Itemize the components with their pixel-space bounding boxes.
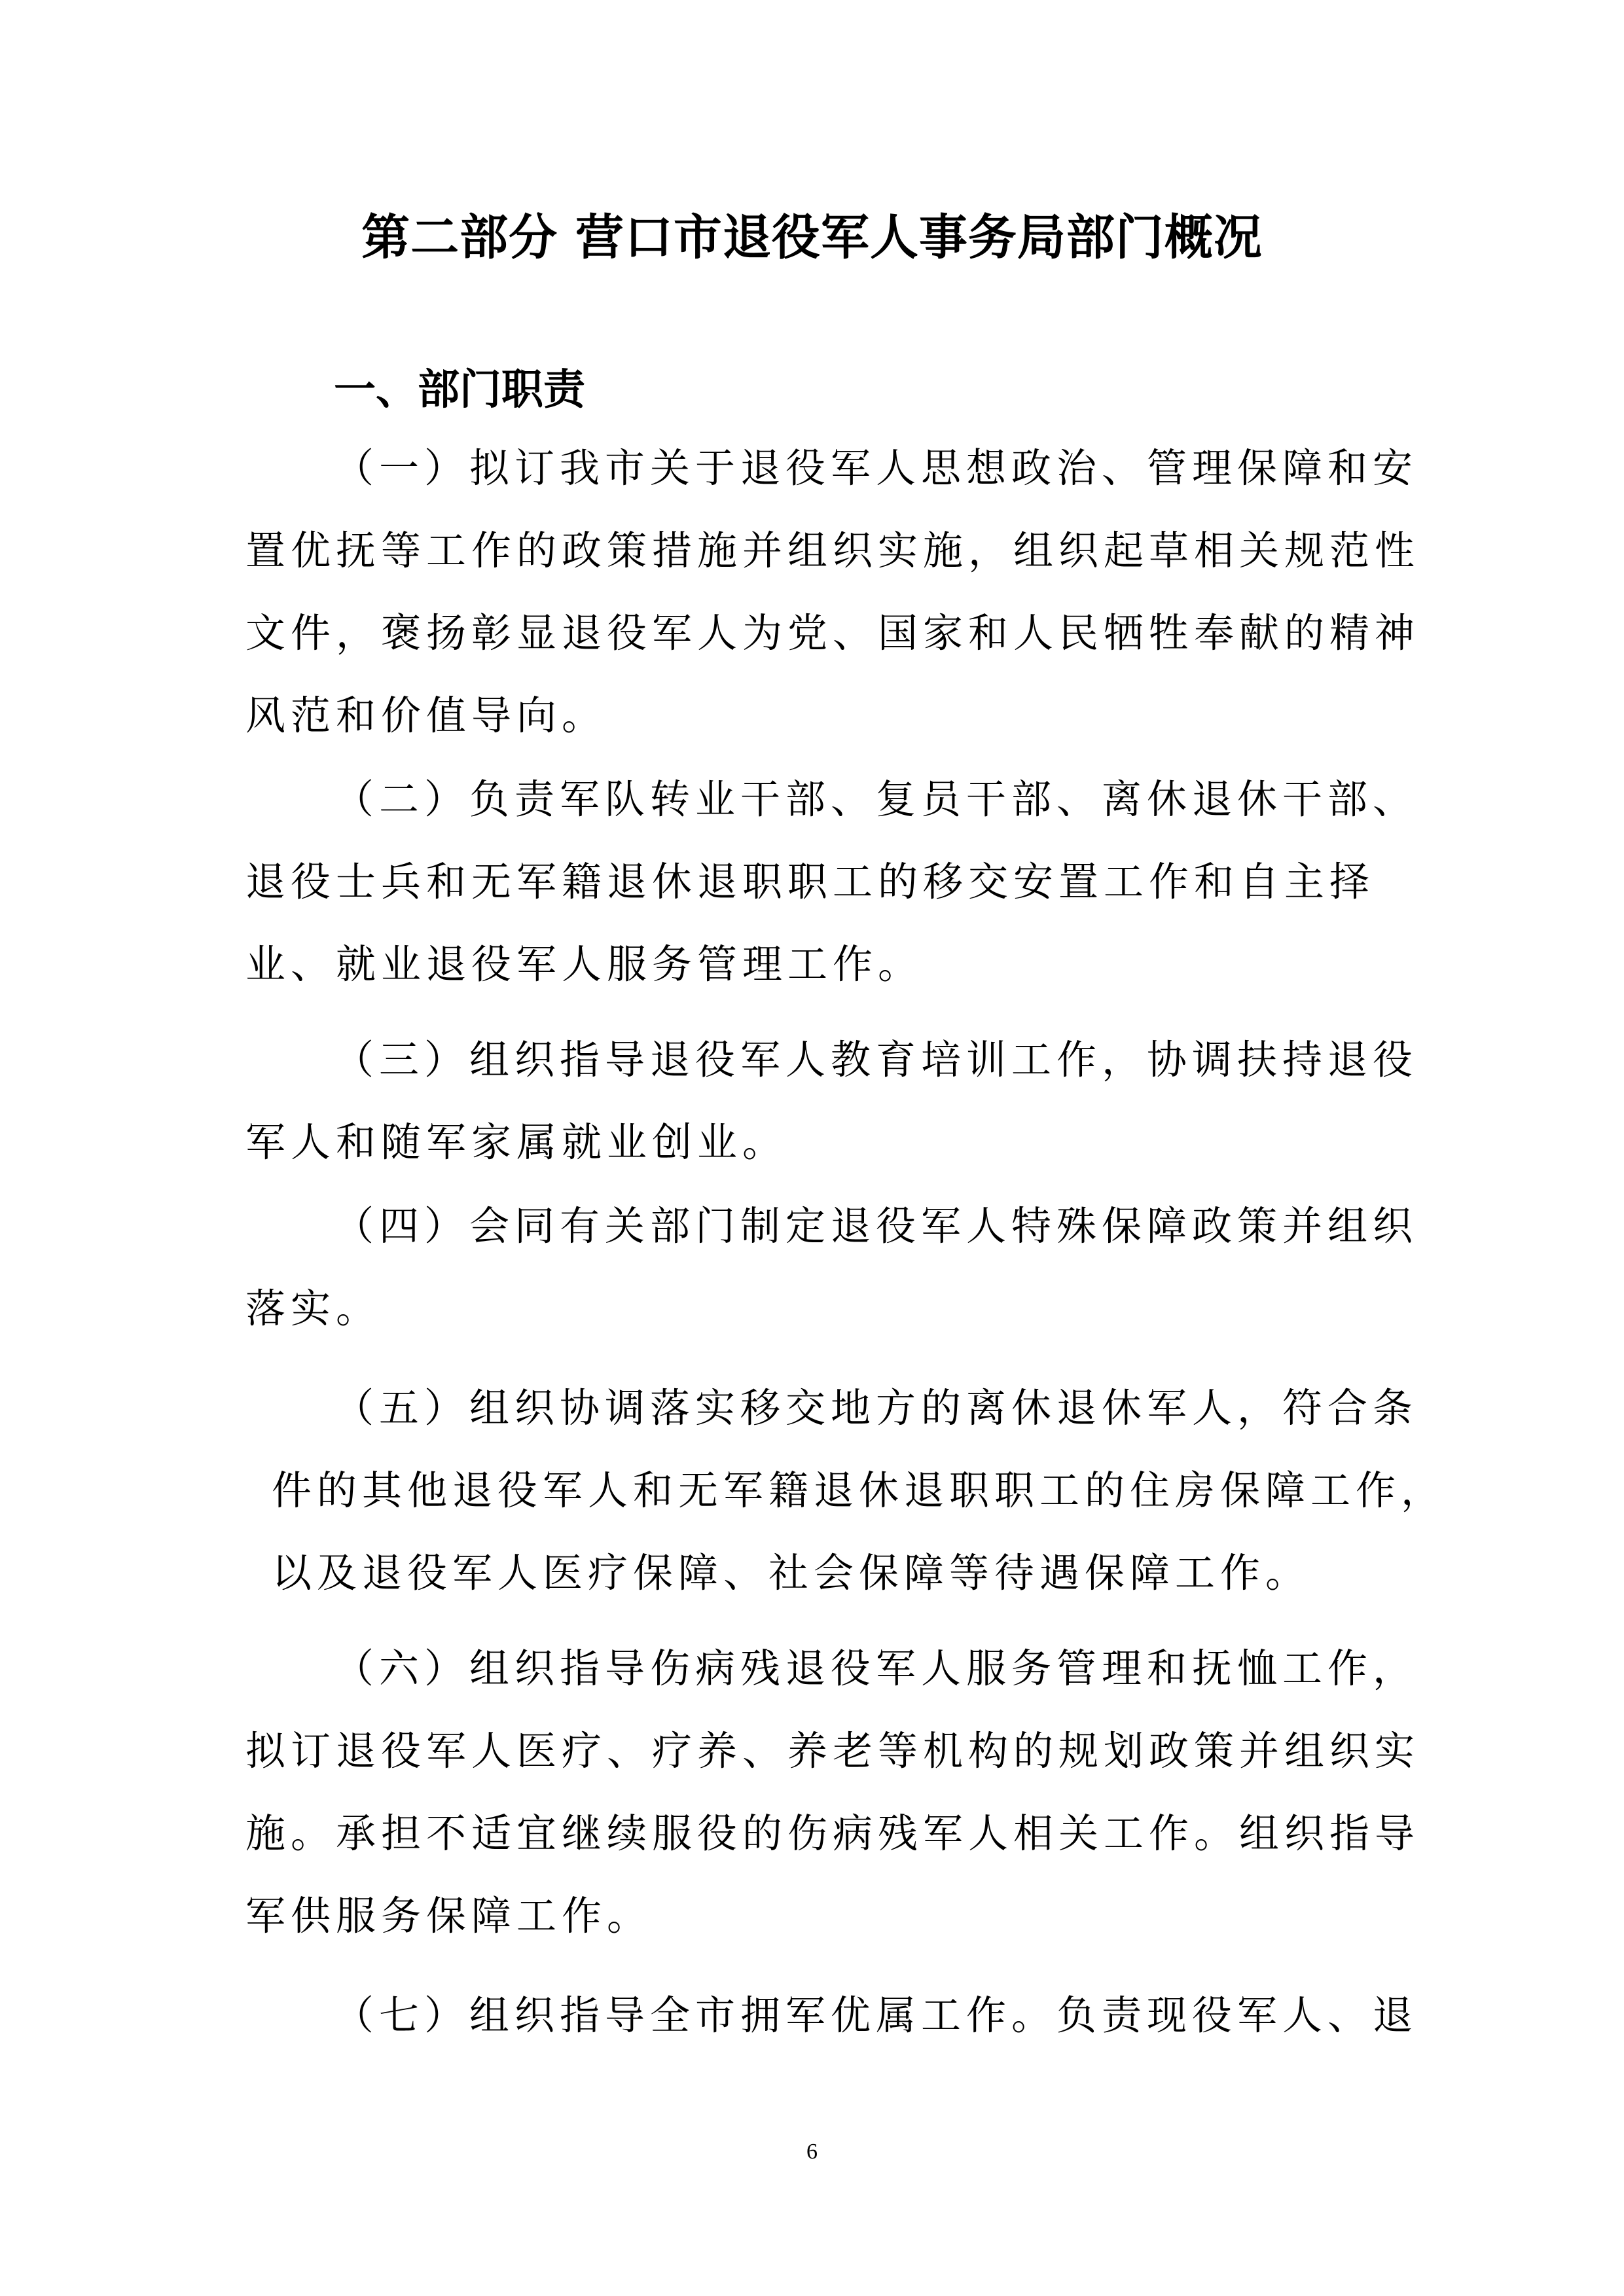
paragraph-line: 置优抚等工作的政策措施并组织实施，组织起草相关规范性 xyxy=(245,525,1371,577)
paragraph-line: 以及退役军人医疗保障、社会保障等待遇保障工作。 xyxy=(272,1547,1398,1600)
paragraph-line: 落实。 xyxy=(245,1283,1371,1335)
paragraph-line: （二）负责军队转业干部、复员干部、离休退休干部、 xyxy=(334,774,1371,826)
paragraph-line: 业、就业退役军人服务管理工作。 xyxy=(245,939,1371,991)
page-number: 6 xyxy=(0,2139,1624,2165)
paragraph-line: （四）会同有关部门制定退役军人特殊保障政策并组织 xyxy=(334,1200,1371,1253)
section-heading: 一、部门职责 xyxy=(334,364,585,416)
paragraph-line: （七）组织指导全市拥军优属工作。负责现役军人、退 xyxy=(334,1990,1371,2042)
paragraph-line: （五）组织协调落实移交地方的离休退休军人，符合条 xyxy=(334,1382,1371,1435)
page-title: 第二部分 营口市退役军人事务局部门概况 xyxy=(0,208,1624,267)
paragraph-line: 件的其他退役军人和无军籍退休退职职工的住房保障工作， xyxy=(272,1465,1398,1517)
paragraph-line: 拟订退役军人医疗、疗养、养老等机构的规划政策并组织实 xyxy=(245,1725,1371,1778)
paragraph-line: （三）组织指导退役军人教育培训工作，协调扶持退役 xyxy=(334,1034,1371,1086)
paragraph-line: 施。承担不适宜继续服役的伤病残军人相关工作。组织指导 xyxy=(245,1808,1371,1860)
paragraph-line: （一）拟订我市关于退役军人思想政治、管理保障和安 xyxy=(334,442,1371,495)
paragraph-line: 退役士兵和无军籍退休退职职工的移交安置工作和自主择 xyxy=(245,856,1371,908)
document-page: 第二部分 营口市退役军人事务局部门概况 一、部门职责 （一）拟订我市关于退役军人… xyxy=(0,0,1624,2296)
paragraph-line: 军人和随军家属就业创业。 xyxy=(245,1117,1371,1169)
paragraph-line: 文件，褒扬彰显退役军人为党、国家和人民牺牲奉献的精神 xyxy=(245,607,1371,660)
paragraph-line: 军供服务保障工作。 xyxy=(245,1890,1371,1943)
paragraph-line: 风范和价值导向。 xyxy=(245,690,1371,742)
paragraph-line: （六）组织指导伤病残退役军人服务管理和抚恤工作， xyxy=(334,1643,1371,1695)
